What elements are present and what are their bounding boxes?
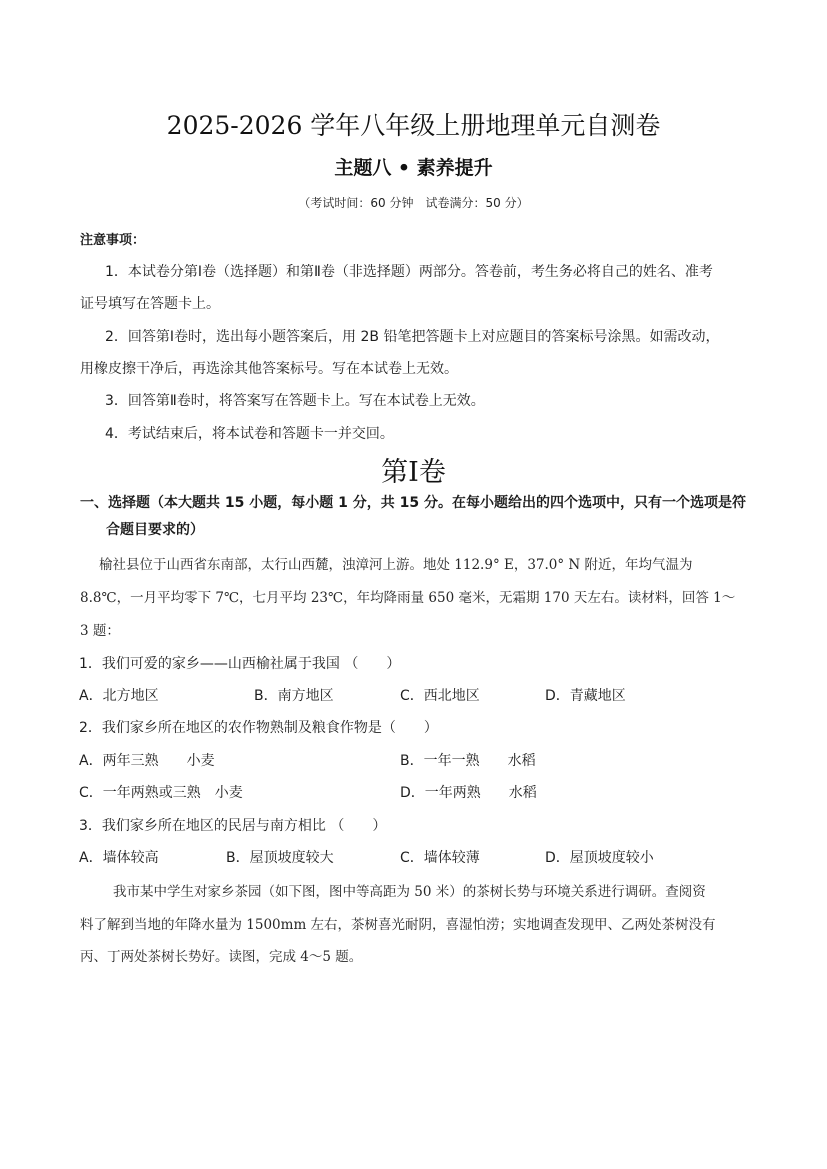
- notice-item-4: 4．考试结束后，将本试卷和答题卡一并交回。: [105, 423, 394, 443]
- passage-2-line-3: 丙、丁两处茶树长势好。读图，完成 4～5 题。: [80, 945, 362, 965]
- section-heading: 一、选择题（本大题共 15 小题，每小题 1 分，共 15 分。在每小题给出的四…: [80, 492, 746, 512]
- volume-title: 第Ⅰ卷: [0, 450, 827, 489]
- passage-1-line-3: 3 题：: [80, 619, 120, 639]
- question-2-option-b[interactable]: B．一年一熟 水稻: [400, 750, 536, 770]
- question-1-option-c[interactable]: C．西北地区: [400, 685, 480, 705]
- passage-2-line-1: 我市某中学生对家乡茶园（如下图，图中等高距为 50 米）的茶树长势与环境关系进行…: [113, 880, 706, 900]
- notice-item-3: 3．回答第Ⅱ卷时，将答案写在答题卡上。写在本试卷上无效。: [105, 390, 485, 410]
- question-1-option-a[interactable]: A．北方地区: [79, 685, 159, 705]
- passage-1-line-1: 榆社县位于山西省东南部，太行山西麓，浊漳河上游。地处 112.9° E，37.0…: [99, 553, 693, 573]
- question-3-option-b[interactable]: B．屋顶坡度较大: [226, 847, 334, 867]
- question-2-option-a[interactable]: A．两年三熟 小麦: [79, 750, 215, 770]
- exam-subtitle: 主题八 • 素养提升: [0, 153, 827, 180]
- question-3-option-a[interactable]: A．墙体较高: [79, 847, 159, 867]
- question-3-option-c[interactable]: C．墙体较薄: [400, 847, 480, 867]
- passage-2-line-2: 料了解到当地的年降水量为 1500mm 左右，茶树喜光耐阴，喜湿怕涝；实地调查发…: [80, 913, 716, 933]
- question-2-stem: 2．我们家乡所在地区的农作物熟制及粮食作物是（ ）: [79, 717, 438, 737]
- question-1-stem: 1．我们可爱的家乡——山西榆社属于我国 （ ）: [79, 653, 400, 673]
- question-3-option-d[interactable]: D．屋顶坡度较小: [545, 847, 654, 867]
- question-3-stem: 3．我们家乡所在地区的民居与南方相比 （ ）: [79, 815, 386, 835]
- exam-meta: （考试时间：60 分钟 试卷满分：50 分）: [0, 194, 827, 211]
- exam-title: 2025-2026 学年八年级上册地理单元自测卷: [0, 106, 827, 142]
- notice-item-1: 1．本试卷分第Ⅰ卷（选择题）和第Ⅱ卷（非选择题）两部分。答卷前，考生务必将自己的…: [105, 261, 713, 281]
- question-2-option-d[interactable]: D．一年两熟 水稻: [400, 782, 537, 802]
- question-1-option-d[interactable]: D．青藏地区: [545, 685, 626, 705]
- exam-page: 2025-2026 学年八年级上册地理单元自测卷 主题八 • 素养提升 （考试时…: [0, 0, 827, 1169]
- notice-heading: 注意事项：: [80, 229, 145, 248]
- notice-item-1-cont: 证号填写在答题卡上。: [80, 293, 220, 313]
- section-heading-cont: 合题目要求的）: [106, 519, 204, 539]
- question-2-option-c[interactable]: C．一年两熟或三熟 小麦: [79, 782, 243, 802]
- notice-item-2: 2．回答第Ⅰ卷时，选出每小题答案后，用 2B 铅笔把答题卡上对应题目的答案标号涂…: [105, 326, 719, 346]
- question-1-option-b[interactable]: B．南方地区: [254, 685, 334, 705]
- passage-1-line-2: 8.8℃，一月平均零下 7℃，七月平均 23℃，年均降雨量 650 毫米，无霜期…: [80, 586, 735, 606]
- notice-item-2-cont: 用橡皮擦干净后，再选涂其他答案标号。写在本试卷上无效。: [80, 358, 458, 378]
